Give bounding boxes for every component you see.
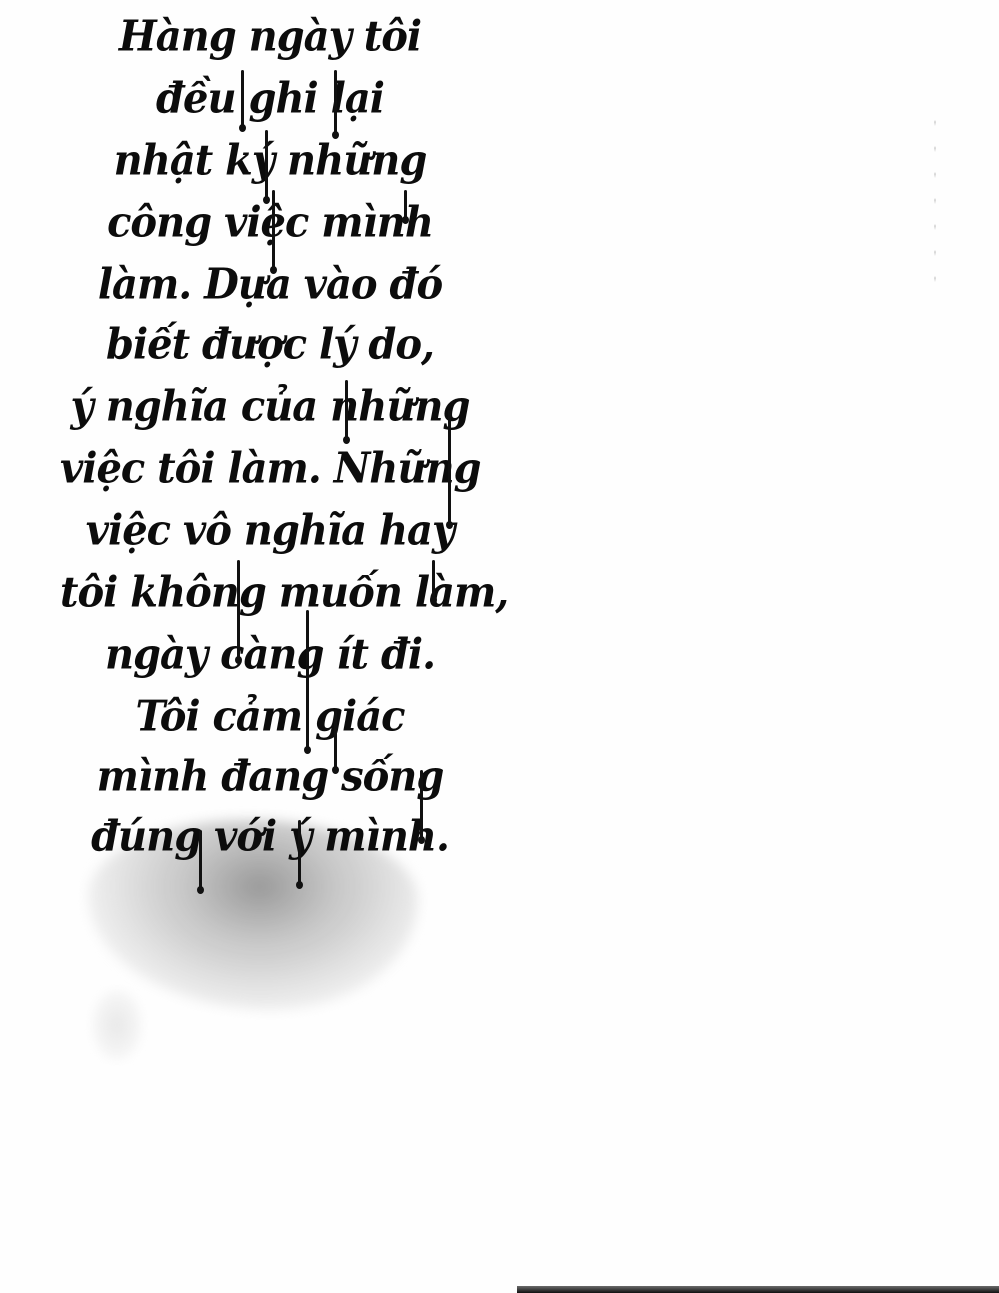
ink-wash-fade-icon	[92, 990, 142, 1060]
ink-drip-icon	[199, 830, 202, 890]
poem-line-4: công việc mình	[60, 197, 480, 250]
poem-line-8: việc tôi làm. Những	[60, 443, 480, 496]
poem-line-2: đều ghi lại	[60, 73, 480, 126]
poem-line-10: tôi không muốn làm,	[60, 567, 480, 620]
ink-drip-icon	[237, 560, 240, 660]
ink-drip-icon	[404, 190, 407, 220]
ink-drip-icon	[420, 770, 423, 840]
ink-drip-icon	[241, 70, 244, 128]
poem-line-1: Hàng ngày tôi	[60, 11, 480, 64]
poem-line-7: ý nghĩa của những	[60, 381, 480, 434]
ink-drip-icon	[265, 130, 268, 200]
ink-drip-icon	[334, 710, 337, 770]
scan-speck-marks	[934, 100, 936, 290]
ink-drip-icon	[448, 410, 451, 525]
ink-drip-icon	[432, 560, 435, 600]
scan-bottom-edge	[517, 1286, 999, 1293]
poem-line-13: mình đang sống	[60, 751, 480, 804]
poem-line-12: Tôi cảm giác	[60, 691, 480, 744]
calligraphy-page: Hàng ngày tôi đều ghi lại nhật ký những …	[0, 0, 999, 1293]
ink-drip-icon	[334, 70, 337, 135]
poem-line-6: biết được lý do,	[60, 319, 480, 372]
ink-drip-icon	[306, 610, 309, 750]
ink-drip-icon	[345, 380, 348, 440]
ink-drip-icon	[272, 190, 275, 270]
poem-line-3: nhật ký những	[60, 135, 480, 188]
poem-line-14: đúng với ý mình.	[60, 811, 480, 864]
poem-line-11: ngày càng ít đi.	[60, 629, 480, 682]
ink-drip-icon	[298, 820, 301, 885]
poem-line-9: việc vô nghĩa hay	[60, 505, 480, 558]
